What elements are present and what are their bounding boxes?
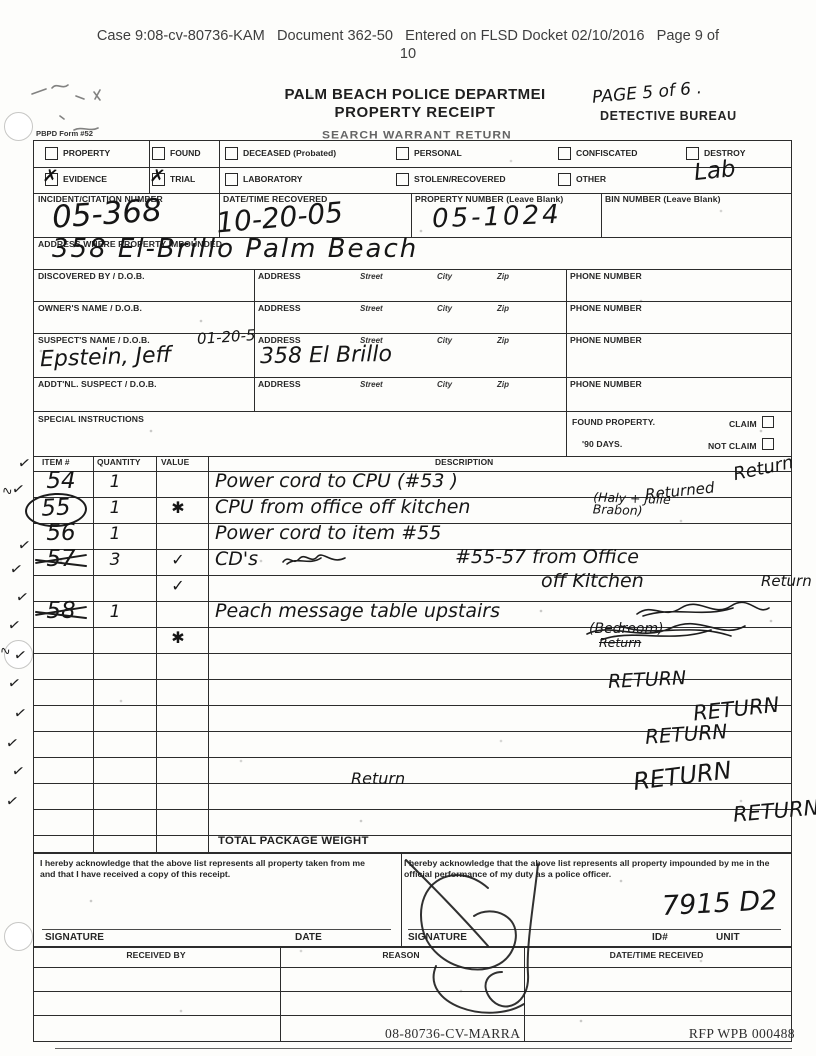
detective-bureau-stamp: DETECTIVE BUREAU: [600, 109, 737, 123]
officer-signature: [392, 854, 592, 1024]
checkbox-box: [558, 147, 571, 160]
ink-scribble: [281, 552, 347, 568]
form-title: PROPERTY RECEIPT: [215, 104, 615, 121]
margin-check-mark: ✓: [5, 791, 21, 811]
impound-address-value: 358 El-Brillo Palm Beach: [52, 234, 418, 264]
checkbox-box: [45, 147, 58, 160]
item-quantity: 1: [85, 524, 145, 544]
court-case-header-line1: Case 9:08-cv-80736-KAM Document 362-50 E…: [0, 28, 816, 44]
checkbox-confiscated: CONFISCATED: [558, 140, 637, 166]
property-number-value: 05-1024: [432, 200, 563, 235]
hole-punch-bottom: [4, 922, 33, 951]
special-instructions-label: SPECIAL INSTRUCTIONS: [38, 414, 144, 424]
item-number: 56: [33, 520, 89, 546]
ninety-days-label: '90 DAYS.: [582, 439, 622, 449]
street-label: Street: [360, 380, 383, 389]
return-annotation: RETURN: [644, 719, 728, 749]
department-title: PALM BEACH POLICE DEPARTMEI: [215, 86, 615, 103]
not-claim-label: NOT CLAIM: [708, 438, 774, 451]
item-quantity: 1: [85, 498, 145, 518]
checkbox-evidence: EVIDENCE: [45, 166, 107, 192]
margin-check-mark: ✓: [15, 587, 31, 607]
id-label: ID#: [652, 932, 668, 943]
ink-scribble: [581, 618, 751, 652]
zip-label: Zip: [497, 272, 509, 281]
received-by-header: RECEIVED BY: [33, 950, 279, 960]
table-row: 55 1 ✱ CPU from office off kitchen (Haly…: [33, 496, 790, 522]
found-property-label: FOUND PROPERTY.: [572, 417, 655, 427]
description-header: DESCRIPTION: [435, 457, 493, 467]
suspect-name-value: Epstein, Jeff: [40, 343, 172, 373]
total-package-weight-label: TOTAL PACKAGE WEIGHT: [218, 835, 369, 847]
checkbox-box: [396, 173, 409, 186]
value-header: VALUE: [161, 457, 189, 467]
table-row: RETURN: [33, 678, 790, 704]
table-row: Return RETURN: [33, 782, 790, 808]
city-label: City: [437, 380, 452, 389]
margin-check-mark: ✓: [13, 703, 29, 723]
officer-id-value: 7915 D2: [661, 885, 778, 922]
city-label: City: [437, 304, 452, 313]
table-row: ✓ off Kitchen Return: [33, 574, 790, 600]
return-annotation: RETURN: [607, 667, 686, 693]
court-case-header-line2: 10: [0, 46, 816, 62]
margin-check-mark: ✓: [9, 559, 25, 579]
margin-check-mark: ✓: [7, 615, 23, 635]
item-number: 54: [33, 468, 89, 494]
suspect-address-value: 358 El Brillo: [260, 342, 392, 369]
checkbox-property: PROPERTY: [45, 140, 110, 166]
item-description: CD's: [215, 548, 258, 570]
item-header: ITEM #: [42, 457, 70, 467]
return-annotation-center: Return: [351, 769, 405, 788]
phone-label: PHONE NUMBER: [570, 303, 642, 313]
checkbox-personal: PERSONAL: [396, 140, 462, 166]
item-description: Power cord to item #55: [215, 522, 441, 544]
scan-noise: [0, 0, 2, 2]
item-value-mark: ✱: [153, 498, 203, 517]
margin-check-mark: ✓: [17, 453, 33, 473]
table-row: 57 3 ✓ CD's #55-57 from Office: [33, 548, 790, 574]
table-row: ✱ (Bedroom) Return: [33, 626, 790, 652]
checkbox-stolen-recovered: STOLEN/RECOVERED: [396, 166, 506, 192]
phone-label: PHONE NUMBER: [570, 379, 642, 389]
margin-check-mark: ✓: [5, 733, 21, 753]
item-quantity: 1: [85, 602, 145, 622]
scanned-property-receipt-page: Case 9:08-cv-80736-KAM Document 362-50 E…: [0, 0, 816, 1056]
case-number-stamp: 08-80736-CV-MARRA: [385, 1026, 520, 1042]
city-label: City: [437, 336, 452, 345]
item-value-mark: ✱: [153, 628, 203, 647]
item-number-scribbled: 58: [33, 598, 89, 624]
owner-name-label: OWNER'S NAME / D.O.B.: [38, 303, 142, 313]
item-description: CPU from office off kitchen: [215, 496, 470, 518]
city-label: City: [437, 272, 452, 281]
checkbox-laboratory: LABORATORY: [225, 166, 303, 192]
unit-label: UNIT: [716, 932, 740, 943]
item-quantity: 1: [85, 472, 145, 492]
address-label: ADDRESS: [258, 271, 301, 281]
checkbox-box: [225, 173, 238, 186]
checkbox-box: [225, 147, 238, 160]
item-description: Power cord to CPU (#53 ): [215, 470, 458, 492]
checkbox-box: [152, 147, 165, 160]
claim-checkbox: [762, 416, 774, 428]
quantity-header: QUANTITY: [97, 457, 141, 467]
hole-punch-top: [4, 112, 33, 141]
item-value-mark: ✓: [153, 576, 203, 595]
checkbox-deceased: DECEASED (Probated): [225, 140, 336, 166]
street-label: Street: [360, 272, 383, 281]
form-number: PBPD Form #52: [36, 129, 93, 138]
checkbox-box-checked: [152, 173, 165, 186]
street-label: Street: [360, 304, 383, 313]
return-annotation: Return: [761, 572, 812, 590]
claim-label: CLAIM: [729, 416, 774, 429]
bin-number-label: BIN NUMBER (Leave Blank): [605, 194, 721, 204]
checkbox-found: FOUND: [152, 140, 201, 166]
handwritten-lab-note: Lab: [693, 156, 737, 186]
next-row-edge-line: [55, 1048, 792, 1049]
item-description: Peach message table upstairs: [215, 600, 500, 622]
margin-check-mark: ✓: [11, 761, 27, 781]
table-row: RETURN: [33, 808, 790, 834]
additional-suspect-label: ADDT'NL. SUSPECT / D.O.B.: [38, 379, 157, 389]
incident-number-value: 05-368: [51, 192, 163, 236]
item-value-mark: ✓: [153, 550, 203, 569]
margin-check-mark: ✓: [7, 673, 23, 693]
bates-number: RFP WPB 000488: [640, 1026, 795, 1042]
margin-check-mark: ✓: [17, 535, 33, 555]
handwritten-page-note: PAGE 5 of 6 .: [591, 78, 702, 108]
item-number-scribbled: 57: [33, 546, 89, 572]
zip-label: Zip: [497, 380, 509, 389]
discovered-by-label: DISCOVERED BY / D.O.B.: [38, 271, 145, 281]
signature-label: SIGNATURE: [45, 932, 104, 943]
table-row: 56 1 Power cord to item #55: [33, 522, 790, 548]
checkbox-box: [558, 173, 571, 186]
item-description-extra: off Kitchen: [541, 570, 644, 592]
not-claim-checkbox: [762, 438, 774, 450]
address-label: ADDRESS: [258, 379, 301, 389]
date-label: DATE: [295, 932, 322, 943]
zip-label: Zip: [497, 336, 509, 345]
checkbox-box: [686, 147, 699, 160]
phone-label: PHONE NUMBER: [570, 271, 642, 281]
acknowledgment-left-text: I hereby acknowledge that the above list…: [40, 858, 380, 880]
item-quantity: 3: [85, 550, 145, 570]
zip-label: Zip: [497, 304, 509, 313]
table-row: RETURN: [33, 730, 790, 756]
phone-label: PHONE NUMBER: [570, 335, 642, 345]
checkbox-box: [396, 147, 409, 160]
checkbox-other: OTHER: [558, 166, 606, 192]
checkbox-box-checked: [45, 173, 58, 186]
checkbox-trial: TRIAL: [152, 166, 195, 192]
item-description-extra: #55-57 from Office: [455, 546, 639, 568]
address-label: ADDRESS: [258, 303, 301, 313]
